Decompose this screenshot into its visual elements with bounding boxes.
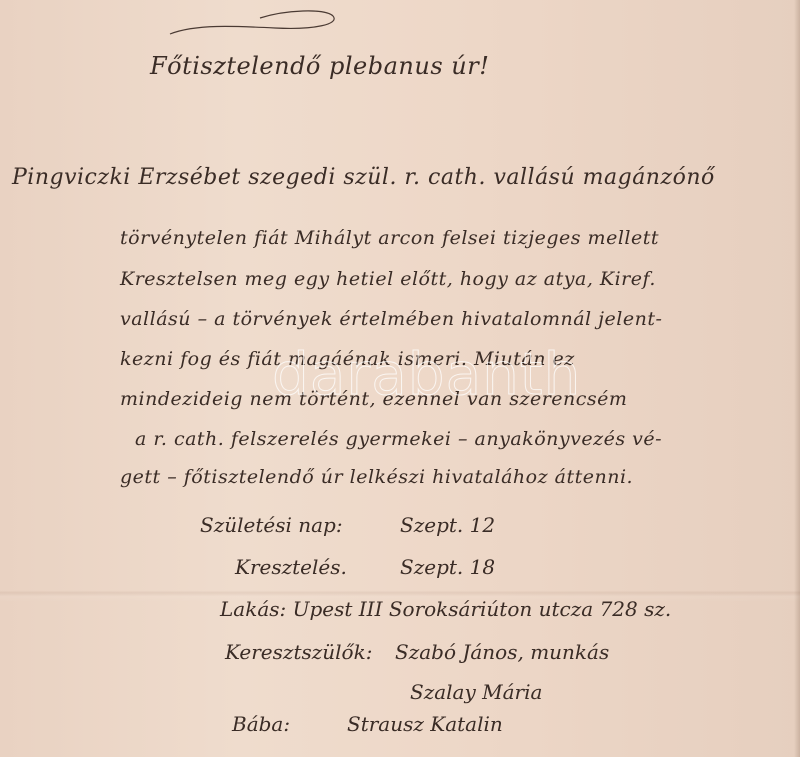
salutation: Főtisztelendő plebanus úr! [150, 52, 489, 80]
body-line-8: gett – főtisztelendő úr lelkészi hivatal… [120, 466, 633, 488]
field-godparents: Keresztszülők: Szabó János, munkás Szala… [225, 640, 372, 664]
field-label: Bába: [232, 712, 290, 736]
field-value: Upest III Soroksáriúton utcza 728 sz. [293, 597, 672, 621]
field-baptism-date: Kresztelés. Szept. 18 [235, 555, 347, 579]
field-birth-date: Születési nap: Szept. 12 [200, 513, 343, 537]
field-label: Keresztszülők: [225, 640, 372, 664]
field-midwife: Bába: Strausz Katalin [232, 712, 290, 736]
body-line-4: vallású – a törvények értelmében hivatal… [120, 308, 662, 330]
body-line-1: Pingviczki Erzsébet szegedi szül. r. cat… [12, 165, 715, 190]
field-label: Lakás: [220, 597, 286, 621]
field-address: Lakás: Upest III Soroksáriúton utcza 728… [220, 597, 671, 621]
field-label: Kresztelés. [235, 555, 347, 579]
field-value: Szabó János, munkás [395, 640, 609, 664]
page-edge-shadow [794, 0, 800, 757]
field-value: Szept. 12 [400, 513, 495, 537]
field-value-second: Szalay Mária [410, 680, 542, 704]
field-label: Születési nap: [200, 513, 343, 537]
body-line-3: Kresztelsen meg egy hetiel előtt, hogy a… [120, 268, 656, 290]
field-value: Strausz Katalin [347, 712, 503, 736]
body-line-7: a r. cath. felszerelés gyermekei – anyak… [135, 428, 662, 450]
letter-page: Főtisztelendő plebanus úr! Pingviczki Er… [0, 0, 800, 757]
watermark: darabanth [272, 340, 581, 408]
body-line-2: törvénytelen fiát Mihályt arcon felsei t… [120, 227, 659, 249]
header-flourish-icon [165, 6, 345, 36]
field-value: Szept. 18 [400, 555, 495, 579]
